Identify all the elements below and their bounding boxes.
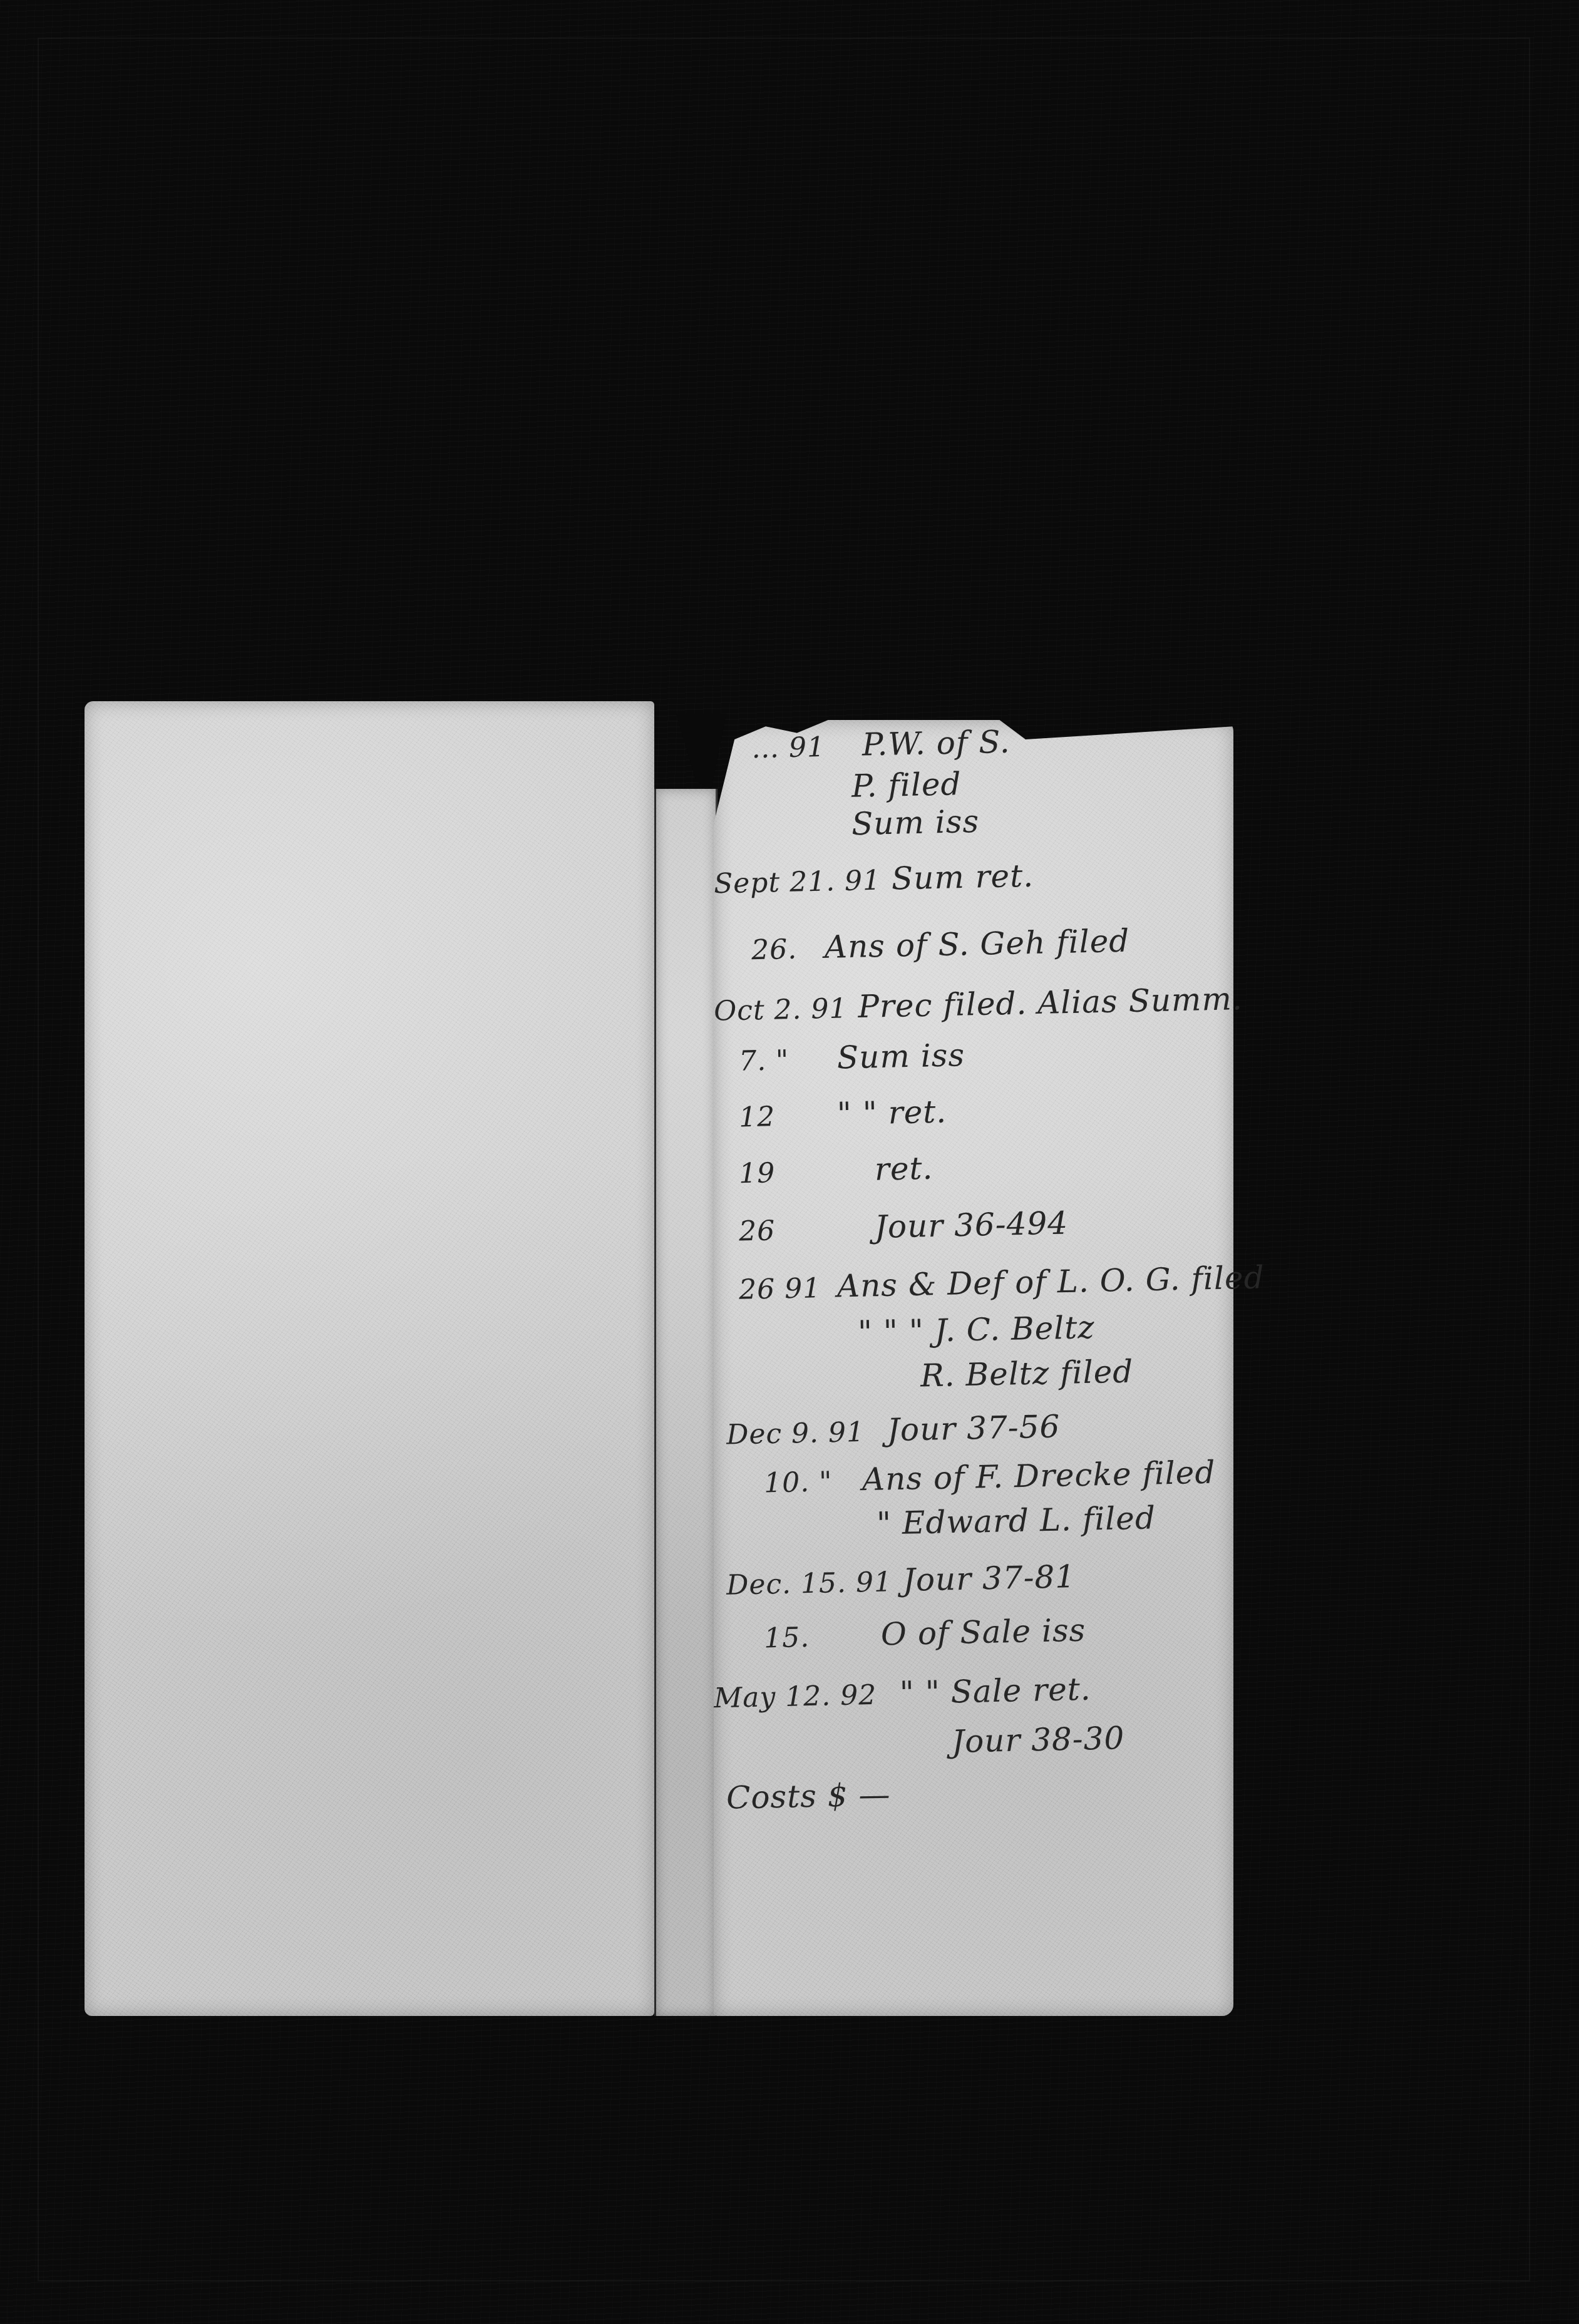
entry-date: 12: [739, 1100, 827, 1134]
entry-text: Jour 36-494: [874, 1205, 1068, 1245]
entry-text: Ans of F. Drecke filed: [862, 1454, 1216, 1498]
entry-text: Ans of S. Geh filed: [824, 923, 1129, 965]
header-text: P. filed: [851, 766, 962, 805]
docket-entry: " " " J. C. Beltz: [857, 1309, 1095, 1350]
header-line: Sum iss: [851, 803, 979, 842]
entry-text: Jour 37-56: [887, 1408, 1060, 1448]
header-line: … 91 P.W. of S.: [751, 724, 1011, 766]
entry-date: 26 91: [739, 1272, 827, 1306]
docket-entry: 12 " " ret.: [738, 1094, 947, 1134]
entry-date: Dec 9. 91: [726, 1416, 877, 1451]
docket-entry: 15. O of Sale iss: [763, 1612, 1086, 1655]
entry-text: O of Sale iss: [880, 1612, 1086, 1653]
handwritten-docket-notes: … 91 P.W. of S. P. filed Sum iss Sept 21…: [714, 720, 1233, 2016]
entry-text: Sum ret.: [891, 858, 1034, 897]
left-cover-panel: [85, 701, 654, 2016]
docket-entry: 10. " Ans of F. Drecke filed: [763, 1454, 1215, 1499]
header-text: P.W. of S.: [862, 724, 1011, 763]
docket-entry: 19 ret.: [738, 1150, 934, 1190]
entry-text: " " ret.: [836, 1094, 947, 1133]
entry-text: Ans & Def of L. O. G. filed: [836, 1259, 1265, 1304]
docket-entry: 7. " Sum iss: [738, 1037, 965, 1078]
entry-text: Prec filed. Alias Summ.: [858, 980, 1243, 1025]
docket-entry: Jour 38-30: [951, 1720, 1124, 1760]
entry-text: Costs $ —: [726, 1776, 891, 1816]
docket-entry: Dec 9. 91 Jour 37-56: [726, 1408, 1060, 1451]
entry-text: " Edward L. filed: [876, 1499, 1156, 1541]
entry-date: Sept 21. 91: [714, 865, 882, 900]
entry-text: Sum iss: [836, 1037, 965, 1076]
entry-text: Jour 37-81: [902, 1558, 1076, 1598]
header-line: P. filed: [851, 766, 962, 805]
docket-entry: 26 91 Ans & Def of L. O. G. filed: [738, 1259, 1265, 1307]
entry-date: 26.: [751, 933, 815, 966]
entry-date: May 12. 92: [714, 1679, 890, 1714]
header-date: … 91: [751, 731, 852, 764]
entry-date: 26: [739, 1213, 865, 1247]
entry-text: Jour 38-30: [951, 1720, 1124, 1760]
entry-date: 7. ": [739, 1044, 827, 1077]
docket-entry: Costs $ —: [726, 1776, 891, 1816]
docket-entry: Dec. 15. 91 Jour 37-81: [726, 1558, 1076, 1602]
entry-text: ret.: [874, 1150, 934, 1188]
entry-text: " " " J. C. Beltz: [857, 1309, 1095, 1350]
docket-entry: May 12. 92 " " Sale ret.: [713, 1671, 1091, 1715]
entry-date: Dec. 15. 91: [726, 1566, 893, 1602]
entry-date: 19: [739, 1155, 865, 1190]
entry-date: 15.: [764, 1620, 871, 1655]
docket-entry: 26. Ans of S. Geh filed: [751, 923, 1129, 967]
entry-text: R. Beltz filed: [920, 1353, 1133, 1394]
folder-spine: [654, 789, 717, 2016]
docket-entry: Sept 21. 91 Sum ret.: [713, 858, 1034, 901]
entry-date: Oct 2. 91: [714, 992, 848, 1027]
entry-text: " " Sale ret.: [899, 1671, 1091, 1711]
docket-entry: 26 Jour 36-494: [738, 1205, 1068, 1248]
header-text: Sum iss: [851, 803, 979, 842]
docket-entry: " Edward L. filed: [876, 1499, 1156, 1541]
entry-date: 10. ": [764, 1466, 852, 1499]
docket-entry: Oct 2. 91 Prec filed. Alias Summ.: [713, 980, 1243, 1028]
docket-entry: R. Beltz filed: [920, 1353, 1133, 1394]
